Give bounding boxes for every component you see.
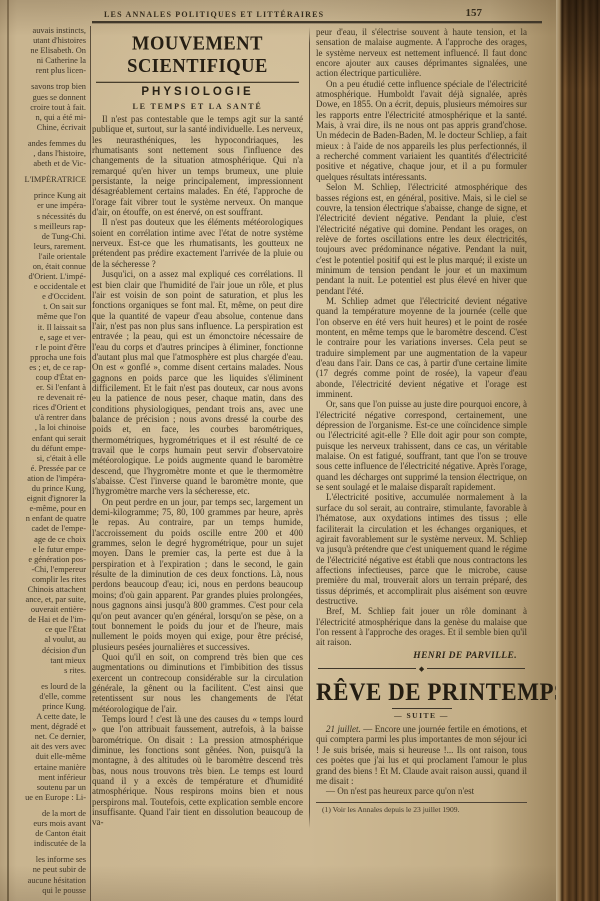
title-rule xyxy=(392,708,452,710)
fragment-line: duit elle-même xyxy=(10,752,86,762)
column-rule xyxy=(309,27,310,828)
fragment-line: abeth et de Vic- xyxy=(10,159,86,169)
fragment-line: prince Kung ait xyxy=(10,191,86,201)
fragment-line: es ; et, de ce rap- xyxy=(10,363,86,373)
fragment-line: enfant qui serait xyxy=(10,434,86,444)
book-edge xyxy=(556,0,600,901)
fragment-line: savons trop bien xyxy=(10,82,86,92)
fragment-line: al voulut, au xyxy=(10,635,86,645)
paragraph: Quoi qu'il en soit, on comprend très bie… xyxy=(92,652,303,714)
fragment-line: décision d'un xyxy=(10,646,86,656)
fragment-line: indiscutée de la xyxy=(10,839,86,849)
divider-line xyxy=(318,668,416,670)
fragment-line: auvais instincts, xyxy=(10,26,86,36)
fragment-line: on, était connue xyxy=(10,262,86,272)
fragment-line: e, sage et ver- xyxy=(10,333,86,343)
fragment-line: gues se donnent xyxy=(10,93,86,103)
fragment-line: de la mort de xyxy=(10,809,86,819)
fragment-line: leurs, rarement. xyxy=(10,242,86,252)
fragment-line: e génération pos- xyxy=(10,555,86,565)
text-columns: MOUVEMENT SCIENTIFIQUE PHYSIOLOGIE LE TE… xyxy=(92,27,542,828)
fragment-line: A cette date, le xyxy=(10,712,86,722)
fragment-line: er une impéra- xyxy=(10,201,86,211)
fragment-line: complir les rites xyxy=(10,575,86,585)
fragment-line: utant d'histoires xyxy=(10,36,86,46)
fragment-line: ment, dégradé et xyxy=(10,722,86,732)
paragraph: Il n'est pas douteux que les éléments mé… xyxy=(92,217,303,269)
fragment-line: n, qui a été mi- xyxy=(10,113,86,123)
author-signature: HENRI DE PARVILLE. xyxy=(316,651,517,661)
fragment-line: Chinois attachent xyxy=(10,585,86,595)
fragment-line: tant mieux xyxy=(10,656,86,666)
fragment-line: e le futur empe- xyxy=(10,545,86,555)
fragment-line: eurs mois avant xyxy=(10,819,86,829)
paragraph: peur d'eau, il s'électrise souvent à hau… xyxy=(316,27,527,79)
fragment-line: l'aile orientale xyxy=(10,252,86,262)
fragment-line: aucune hésitation xyxy=(10,876,86,886)
fragment-line: ne Elisabeth. On xyxy=(10,46,86,56)
fragment-line: d'elle, comme xyxy=(10,692,86,702)
fragment-line: soutenu par un xyxy=(10,783,86,793)
fragment-line: s meilleurs rap- xyxy=(10,222,86,232)
fragment-line: ation de l'impéra- xyxy=(10,474,86,484)
paragraph: M. Schliep admet que l'électricité devie… xyxy=(316,296,527,399)
column-right: peur d'eau, il s'électrise souvent à hau… xyxy=(316,27,527,828)
fragment-line: du défunt empe- xyxy=(10,444,86,454)
fragment-line: rent plus licen- xyxy=(10,66,86,76)
fragment-line: re devenait ré- xyxy=(10,393,86,403)
fragment-line: ni Catherine la xyxy=(10,56,86,66)
paragraph: Il n'est pas contestable que le temps ag… xyxy=(92,114,303,217)
fragment-line: ance, et, par suite, xyxy=(10,595,86,605)
dialogue-line: — On n'est pas heureux parce qu'on n'est xyxy=(316,786,527,796)
fragment-line: rices d'Orient et xyxy=(10,403,86,413)
fragment-line: d'Orient. L'impé- xyxy=(10,272,86,282)
diary-date: 21 juillet. xyxy=(326,724,361,734)
section-divider: ◆ xyxy=(318,665,525,673)
fragment-line: u'à rentrer dans xyxy=(10,413,86,423)
fragment-line: age de ce choix xyxy=(10,535,86,545)
page-header: LES ANNALES POLITIQUES ET LITTÉRAIRES 15… xyxy=(92,3,542,19)
fragment-line: t. On sait sur xyxy=(10,302,86,312)
article-title: MOUVEMENT SCIENTIFIQUE xyxy=(96,33,299,83)
article-body-column1: Il n'est pas contestable que le temps ag… xyxy=(92,114,303,828)
paragraph: Bref, M. Schliep fait jouer un rôle domi… xyxy=(316,606,527,647)
header-rule xyxy=(92,21,542,23)
fragment-line: ce que l'État xyxy=(10,625,86,635)
fragment-line: les informe ses xyxy=(10,855,86,865)
fragment-line: eignit d'ignorer la xyxy=(10,494,86,504)
fragment-line: es lourd de la xyxy=(10,682,86,692)
article-section-heading: PHYSIOLOGIE xyxy=(92,86,303,98)
main-content: LES ANNALES POLITIQUES ET LITTÉRAIRES 15… xyxy=(92,0,542,901)
fragment-line: er. Si l'enfant à xyxy=(10,383,86,393)
fragment-line: , la loi chinoise xyxy=(10,423,86,433)
fragment-line: ment inférieur xyxy=(10,773,86,783)
fragment-line: qui le pousse xyxy=(10,886,86,896)
previous-column-fragment: auvais instincts,utant d'histoiresne Eli… xyxy=(10,26,91,901)
paragraph: L'électricité positive, accumulée normal… xyxy=(316,492,527,606)
fragment-line: é. Pressée par ce xyxy=(10,464,86,474)
fragment-line: ne peut subir de xyxy=(10,865,86,875)
fragment-line: si, c'était à elle xyxy=(10,454,86,464)
serial-body: 21 juillet. — Encore une journée fertile… xyxy=(316,724,527,796)
serial-title: RÊVE DE PRINTEMPS(1) xyxy=(316,677,527,706)
fragment-line: ue en Europe : Li- xyxy=(10,793,86,803)
fragment-line: s nécessités du xyxy=(10,212,86,222)
fragment-line: , dans l'histoire, xyxy=(10,149,86,159)
paragraph: Temps lourd ! c'est là une des causes du… xyxy=(92,714,303,828)
fragment-line: ait des vers avec xyxy=(10,742,86,752)
fragment-line: de Hai et de l'im- xyxy=(10,615,86,625)
paragraph: Jusqu'ici, on a assez mal expliqué ces c… xyxy=(92,269,303,497)
column-left: MOUVEMENT SCIENTIFIQUE PHYSIOLOGIE LE TE… xyxy=(92,27,303,828)
fragment-line: Chine, écrivait xyxy=(10,123,86,133)
fragment-line: de Canton était xyxy=(10,829,86,839)
article-body-column2: peur d'eau, il s'électrise souvent à hau… xyxy=(316,27,527,648)
paragraph: Or, sans que l'on puisse au juste dire p… xyxy=(316,399,527,492)
fragment-line: ouverait entière- xyxy=(10,605,86,615)
fragment-line: s rites. xyxy=(10,666,86,676)
fragment-line: n enfant de quatre xyxy=(10,514,86,524)
diamond-ornament-icon: ◆ xyxy=(416,665,427,673)
page-fold-shadow xyxy=(7,0,9,901)
paragraph: On a peu étudié cette influence spéciale… xyxy=(316,79,527,182)
fragment-line: e-même, pour en xyxy=(10,504,86,514)
paragraph: On peut perdre en un jour, par temps sec… xyxy=(92,497,303,652)
divider-line xyxy=(427,668,525,670)
fragment-line: r le point d'être xyxy=(10,343,86,353)
fragment-line: prince Kung. xyxy=(10,702,86,712)
fragment-line: -Chi, l'empereur xyxy=(10,565,86,575)
fragment-line: e occidentale et xyxy=(10,282,86,292)
footnote: (1) Voir les Annales depuis le 23 juille… xyxy=(316,802,527,814)
fragment-line: e d'Occident. xyxy=(10,292,86,302)
suite-label: — SUITE — xyxy=(316,711,527,720)
paragraph: Selon M. Schliep, l'électricité atmosphé… xyxy=(316,182,527,296)
serial-title-text: RÊVE DE PRINTEMPS xyxy=(316,677,557,705)
fragment-line: net. Ce dernier, xyxy=(10,732,86,742)
fragment-line: ertaine manière xyxy=(10,763,86,773)
scanned-page-photo: auvais instincts,utant d'histoiresne Eli… xyxy=(0,0,600,901)
fragment-line: de Tung-Chi. xyxy=(10,232,86,242)
fragment-line: coup d'État en- xyxy=(10,373,86,383)
fragment-line: cadet de l'empe- xyxy=(10,524,86,534)
fragment-line: andes femmes du xyxy=(10,139,86,149)
fragment-line: même que l'on xyxy=(10,312,86,322)
fragment-line: croire tout à fait. xyxy=(10,103,86,113)
article-subtitle: LE TEMPS ET LA SANTÉ xyxy=(92,102,303,111)
magazine-page: auvais instincts,utant d'histoiresne Eli… xyxy=(0,0,557,901)
fragment-line: it. Il laissait sa xyxy=(10,323,86,333)
journal-title: LES ANNALES POLITIQUES ET LITTÉRAIRES xyxy=(92,10,324,19)
page-number: 157 xyxy=(466,7,543,19)
fragment-line: pprocha une fois xyxy=(10,353,86,363)
fragment-line: L'IMPÉRATRICE xyxy=(10,175,86,185)
diary-entry-paragraph: 21 juillet. — Encore une journée fertile… xyxy=(316,724,527,786)
fragment-line: du prince Kung, xyxy=(10,484,86,494)
